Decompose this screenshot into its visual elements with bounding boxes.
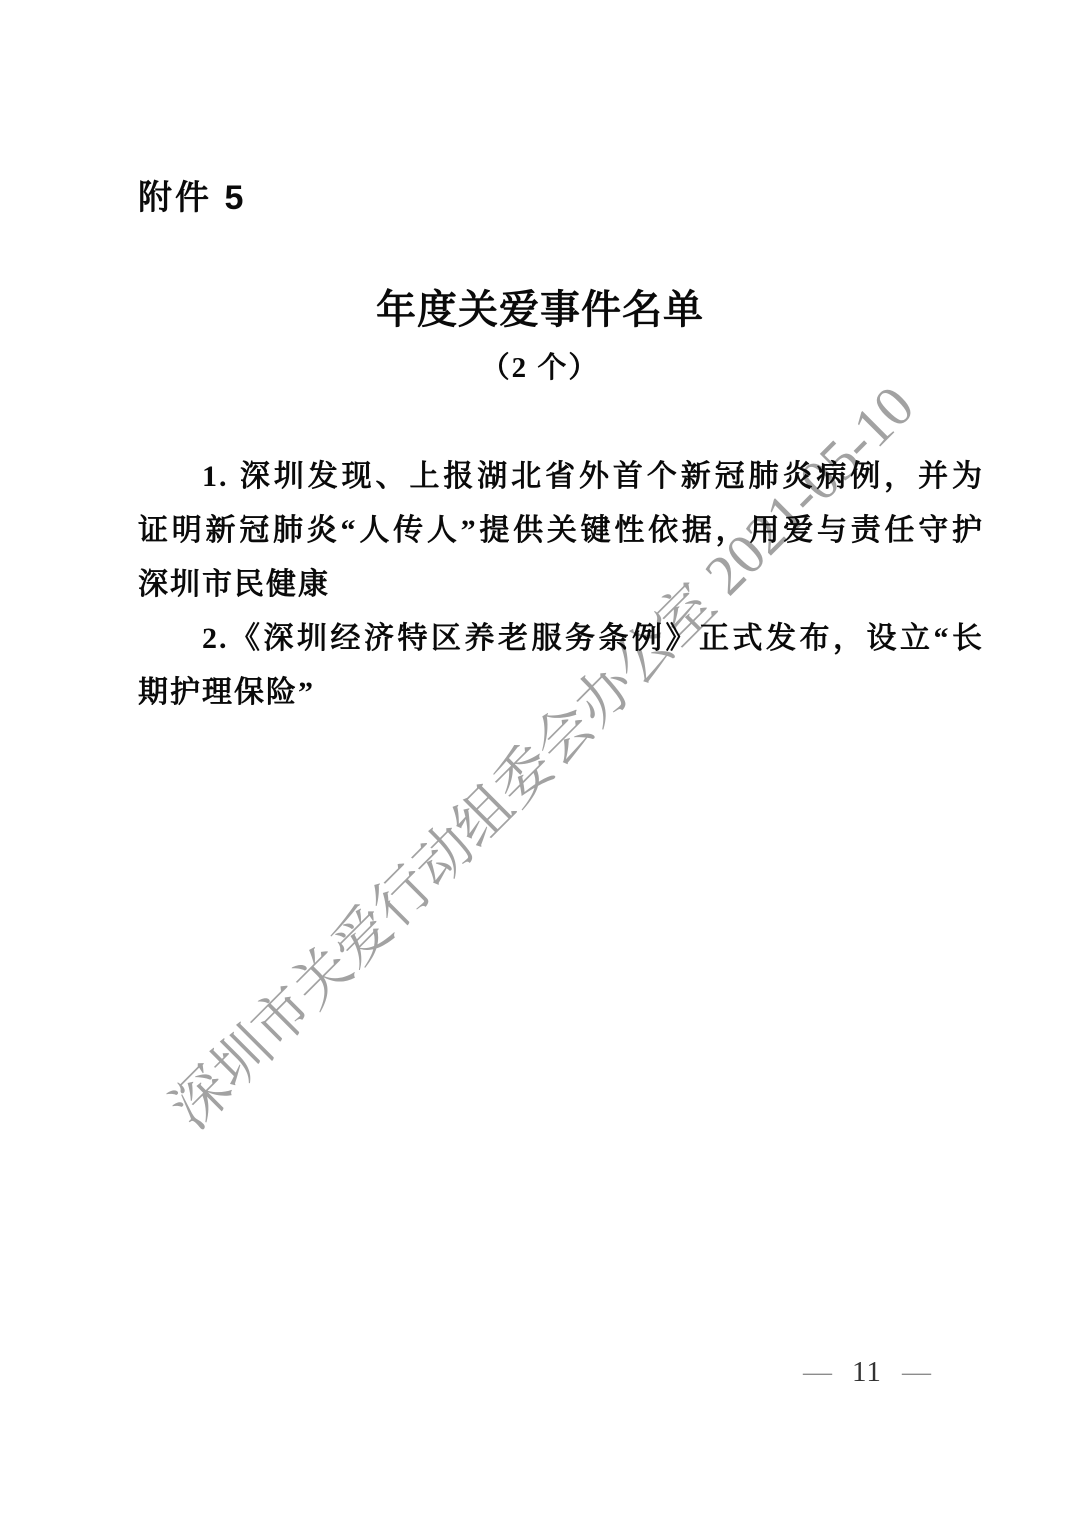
item-count-note: （2 个） — [0, 348, 1080, 388]
page-footer: — 11 — — [803, 1352, 931, 1392]
document-title: 年度关爱事件名单 — [0, 285, 1080, 335]
page-number: 11 — [852, 1352, 882, 1392]
body-line-2: 证明新冠肺炎“人传人”提供关键性依据，用爱与责任守护 — [138, 504, 984, 558]
body-line-3: 深圳市民健康 — [138, 558, 984, 612]
footer-dash-left: — — [803, 1352, 832, 1392]
body-line-5: 期护理保险” — [138, 666, 984, 720]
body-line-1: 1. 深圳发现、上报湖北省外首个新冠肺炎病例，并为 — [138, 450, 984, 504]
footer-dash-right: — — [902, 1352, 931, 1392]
attachment-label: 附件 5 — [138, 178, 246, 218]
document-page: 深圳市关爱行动组委会办公室 2021-05-10 附件 5 年度关爱事件名单 （… — [0, 0, 1080, 1527]
body-text-block: 1. 深圳发现、上报湖北省外首个新冠肺炎病例，并为 证明新冠肺炎“人传人”提供关… — [138, 450, 984, 720]
body-line-4: 2.《深圳经济特区养老服务条例》正式发布，设立“长 — [138, 612, 984, 666]
